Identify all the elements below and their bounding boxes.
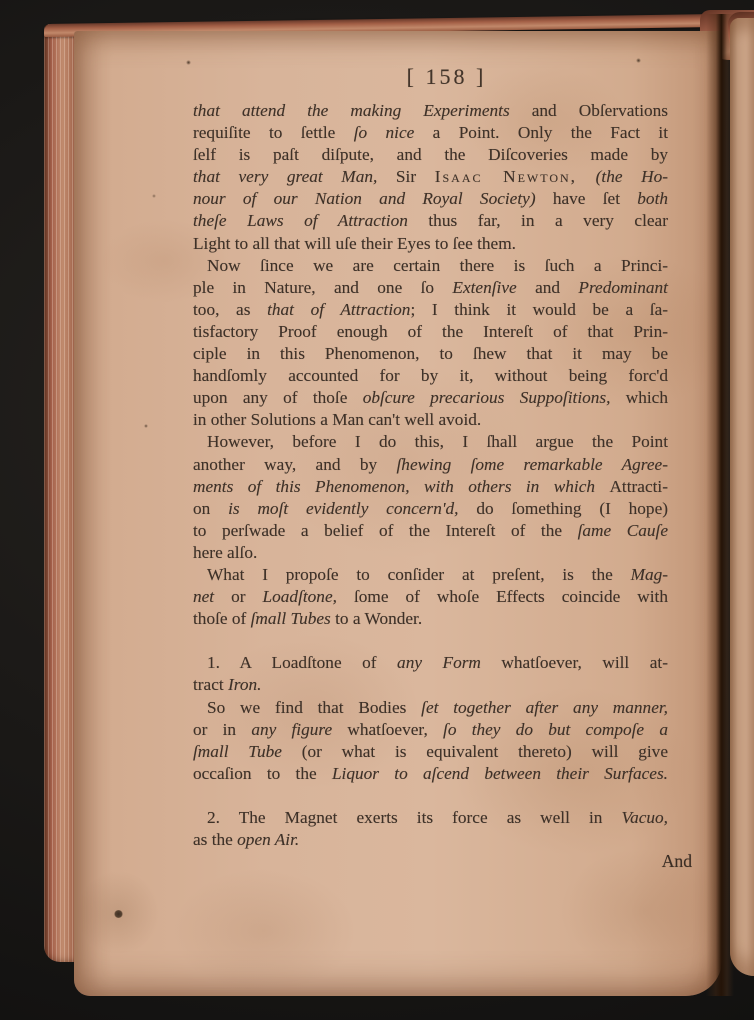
italic-text: ſo nice — [354, 123, 415, 142]
text-line: tisfactory Proof enough of the Intereſt … — [193, 321, 668, 343]
italic-text: Liquor to aſcend between their Surfaces. — [332, 764, 668, 783]
italic-text: Predominant — [578, 278, 668, 297]
text-line: too, as that of Attraction; I think it w… — [193, 299, 668, 321]
text-line: nour of our Nation and Royal Society) ha… — [193, 188, 668, 210]
text-line: ſmall Tube (or what is equivalent theret… — [193, 741, 668, 763]
paper-speck — [636, 58, 641, 63]
text-line: However, before I do this, I ſhall argue… — [193, 431, 668, 453]
roman-text: Sir — [377, 167, 434, 186]
italic-text: obſcure precarious Suppoſitions, — [363, 388, 611, 407]
italic-text: (the Ho- — [577, 167, 668, 186]
italic-text: ſmall Tube — [193, 742, 282, 761]
paper-speck — [144, 424, 148, 428]
roman-text: thus far, in a very clear — [408, 211, 668, 230]
roman-text: 2. The Magnet exerts its force as well i… — [207, 808, 621, 827]
roman-text: handſomly accounted for by it, without b… — [193, 366, 668, 385]
text-line: upon any of thoſe obſcure precarious Sup… — [193, 387, 668, 409]
italic-text: that of Attraction — [267, 300, 410, 319]
text-block: that attend the making Experiments and O… — [193, 100, 668, 851]
italic-text: net — [193, 587, 214, 606]
roman-text: requiſite to ſettle — [193, 123, 354, 142]
italic-text: any Form — [397, 653, 481, 672]
roman-text: So we find that Bodies — [207, 698, 421, 717]
roman-text: and — [517, 278, 579, 297]
italic-text: theſe Laws of Attraction — [193, 211, 408, 230]
text-line: Now ſince we are certain there is ſuch a… — [193, 255, 668, 277]
italic-text: Extenſive — [452, 278, 516, 297]
text-line: or in any figure whatſoever, ſo they do … — [193, 719, 668, 741]
roman-text: ſome of whoſe Effects coincide with — [337, 587, 668, 606]
roman-text: upon any of thoſe — [193, 388, 363, 407]
roman-text: here alſo. — [193, 543, 257, 562]
text-line: ſelf is paſt diſpute, and the Diſcoverie… — [193, 144, 668, 166]
text-line: that attend the making Experiments and O… — [193, 100, 668, 122]
text-line: 2. The Magnet exerts its force as well i… — [193, 807, 668, 829]
roman-text: as the — [193, 830, 237, 849]
italic-text: is moſt evidently concern'd, — [228, 499, 458, 518]
text-line: ments of this Phenomenon, with others in… — [193, 476, 668, 498]
catchword: And — [193, 851, 692, 872]
roman-text: have ſet — [536, 189, 638, 208]
text-line: thoſe of ſmall Tubes to a Wonder. — [193, 608, 668, 630]
roman-text: ; I think it would be a ſa- — [410, 300, 668, 319]
text-line: to perſwade a belief of the Intereſt of … — [193, 520, 668, 542]
roman-text: (or what is equivalent thereto) will giv… — [282, 742, 668, 761]
roman-text: to a Wonder. — [331, 609, 422, 628]
roman-text: occaſion to the — [193, 764, 332, 783]
italic-text: ſo they do but compoſe a — [443, 720, 668, 739]
italic-text: Loadſtone, — [263, 587, 337, 606]
text-line: another way, and by ſhewing ſome remarka… — [193, 454, 668, 476]
roman-text: 1. A Loadſtone of — [207, 653, 397, 672]
smallcaps-text: Isaac Newton, — [435, 167, 577, 186]
text-line: ciple in this Phenomenon, to ſhew that i… — [193, 343, 668, 365]
facing-page-sliver — [730, 18, 754, 976]
italic-text: Vacuo, — [621, 808, 668, 827]
italic-text: ſame Cauſe — [578, 521, 668, 540]
roman-text: in other Solutions a Man can't well avoi… — [193, 410, 481, 429]
italic-text: Iron. — [228, 675, 261, 694]
roman-text: What I propoſe to conſider at preſent, i… — [207, 565, 631, 584]
text-line: that very great Man, Sir Isaac Newton, (… — [193, 166, 668, 188]
roman-text: thoſe of — [193, 609, 251, 628]
text-line: 1. A Loadſtone of any Form whatſoever, w… — [193, 652, 668, 674]
text-line: here alſo. — [193, 542, 668, 564]
text-line: in other Solutions a Man can't well avoi… — [193, 409, 668, 431]
roman-text: or — [214, 587, 262, 606]
text-line: tract Iron. — [193, 674, 668, 696]
italic-text: both — [637, 189, 668, 208]
blank-line — [193, 785, 668, 807]
roman-text: ſelf is paſt diſpute, and the Diſcoverie… — [193, 145, 668, 164]
book-edge-left — [44, 24, 78, 962]
text-line: theſe Laws of Attraction thus far, in a … — [193, 210, 668, 232]
roman-text: a Point. Only the Fact it — [414, 123, 668, 142]
italic-text: Mag- — [631, 565, 668, 584]
italic-text: ſmall Tubes — [251, 609, 331, 628]
italic-text: ſet together after any manner, — [421, 698, 668, 717]
roman-text: Attracti- — [609, 477, 668, 496]
roman-text: However, before I do this, I ſhall argue… — [207, 432, 668, 451]
italic-text: open Air. — [237, 830, 299, 849]
roman-text: another way, and by — [193, 455, 397, 474]
text-line: Light to all that will uſe their Eyes to… — [193, 233, 668, 255]
italic-text: that very great Man, — [193, 167, 377, 186]
roman-text: and Obſervations — [510, 101, 668, 120]
text-line: requiſite to ſettle ſo nice a Point. Onl… — [193, 122, 668, 144]
roman-text: ple in Nature, and one ſo — [193, 278, 452, 297]
text-line: on is moſt evidently concern'd, do ſomet… — [193, 498, 668, 520]
italic-text: any figure — [251, 720, 332, 739]
text-line: occaſion to the Liquor to aſcend between… — [193, 763, 668, 785]
text-line: What I propoſe to conſider at preſent, i… — [193, 564, 668, 586]
roman-text: to perſwade a belief of the Intereſt of … — [193, 521, 578, 540]
roman-text: whatſoever, will at- — [481, 653, 668, 672]
ink-blot — [114, 910, 123, 918]
photograph-background: [ 158 ] that attend the making Experimen… — [0, 0, 754, 1020]
roman-text: do ſomething (I hope) — [459, 499, 669, 518]
italic-text: ments of this Phenomenon, with others in… — [193, 477, 609, 496]
text-line: net or Loadſtone, ſome of whoſe Effects … — [193, 586, 668, 608]
text-line: So we find that Bodies ſet together afte… — [193, 697, 668, 719]
text-line: as the open Air. — [193, 829, 668, 851]
roman-text: tisfactory Proof enough of the Intereſt … — [193, 322, 668, 341]
page-number: [ 158 ] — [209, 64, 684, 90]
roman-text: which — [610, 388, 668, 407]
roman-text: too, as — [193, 300, 267, 319]
paper-speck — [152, 194, 156, 198]
roman-text: ciple in this Phenomenon, to ſhew that i… — [193, 344, 668, 363]
roman-text: Light to all that will uſe their Eyes to… — [193, 234, 516, 253]
paper-speck — [186, 60, 191, 65]
text-line: handſomly accounted for by it, without b… — [193, 365, 668, 387]
italic-text: ſhewing ſome remarkable Agree- — [397, 455, 669, 474]
roman-text: whatſoever, — [332, 720, 443, 739]
italic-text: that attend the making Experiments — [193, 101, 510, 120]
roman-text: Now ſince we are certain there is ſuch a… — [207, 256, 668, 275]
text-line: ple in Nature, and one ſo Extenſive and … — [193, 277, 668, 299]
roman-text: or in — [193, 720, 251, 739]
roman-text: tract — [193, 675, 228, 694]
italic-text: nour of our Nation and Royal Society) — [193, 189, 536, 208]
roman-text: on — [193, 499, 228, 518]
blank-line — [193, 630, 668, 652]
